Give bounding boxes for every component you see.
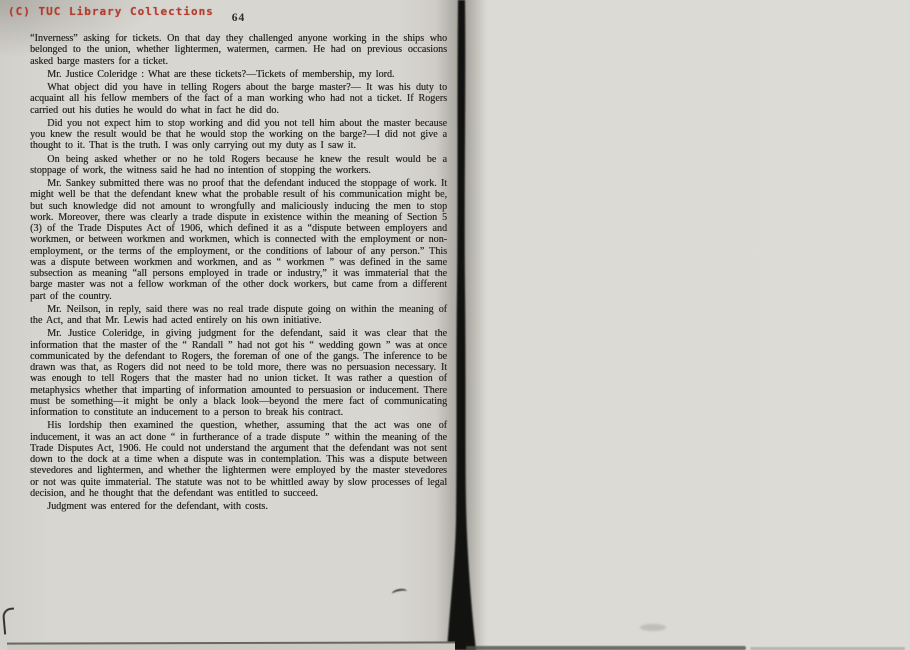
- paragraph: Judgment was entered for the defendant, …: [30, 501, 447, 512]
- paragraph: “Inverness” asking for tickets. On that …: [30, 33, 447, 67]
- tuc-watermark: (C) TUC Library Collections: [8, 5, 214, 18]
- paragraph: Mr. Neilson, in reply, said there was no…: [30, 304, 447, 327]
- left-page: 64 “Inverness” asking for tickets. On th…: [0, 0, 462, 650]
- paragraph: His lordship then examined the question,…: [30, 420, 447, 499]
- left-page-bottom-edge: [7, 641, 455, 650]
- book-gutter-shadow: [440, 0, 484, 650]
- smudge-mark: [640, 624, 666, 631]
- paragraph: On being asked whether or no he told Rog…: [30, 154, 447, 177]
- paragraph: Did you not expect him to stop working a…: [30, 118, 447, 152]
- paragraph: Mr. Justice Coleridge, in giving judgmen…: [30, 328, 447, 418]
- paragraph: Mr. Sankey submitted there was no proof …: [30, 178, 447, 302]
- paragraph: Mr. Justice Coleridge : What are these t…: [30, 69, 447, 80]
- paragraph: What object did you have in telling Roge…: [30, 82, 447, 116]
- right-page: 65 BANDMASTER'S ACTION. DALLIMORE V. WIL…: [462, 0, 910, 650]
- page-curl-mark: [2, 608, 16, 635]
- right-page-bottom-edge: [466, 646, 746, 650]
- book-scan: 64 “Inverness” asking for tickets. On th…: [0, 0, 910, 650]
